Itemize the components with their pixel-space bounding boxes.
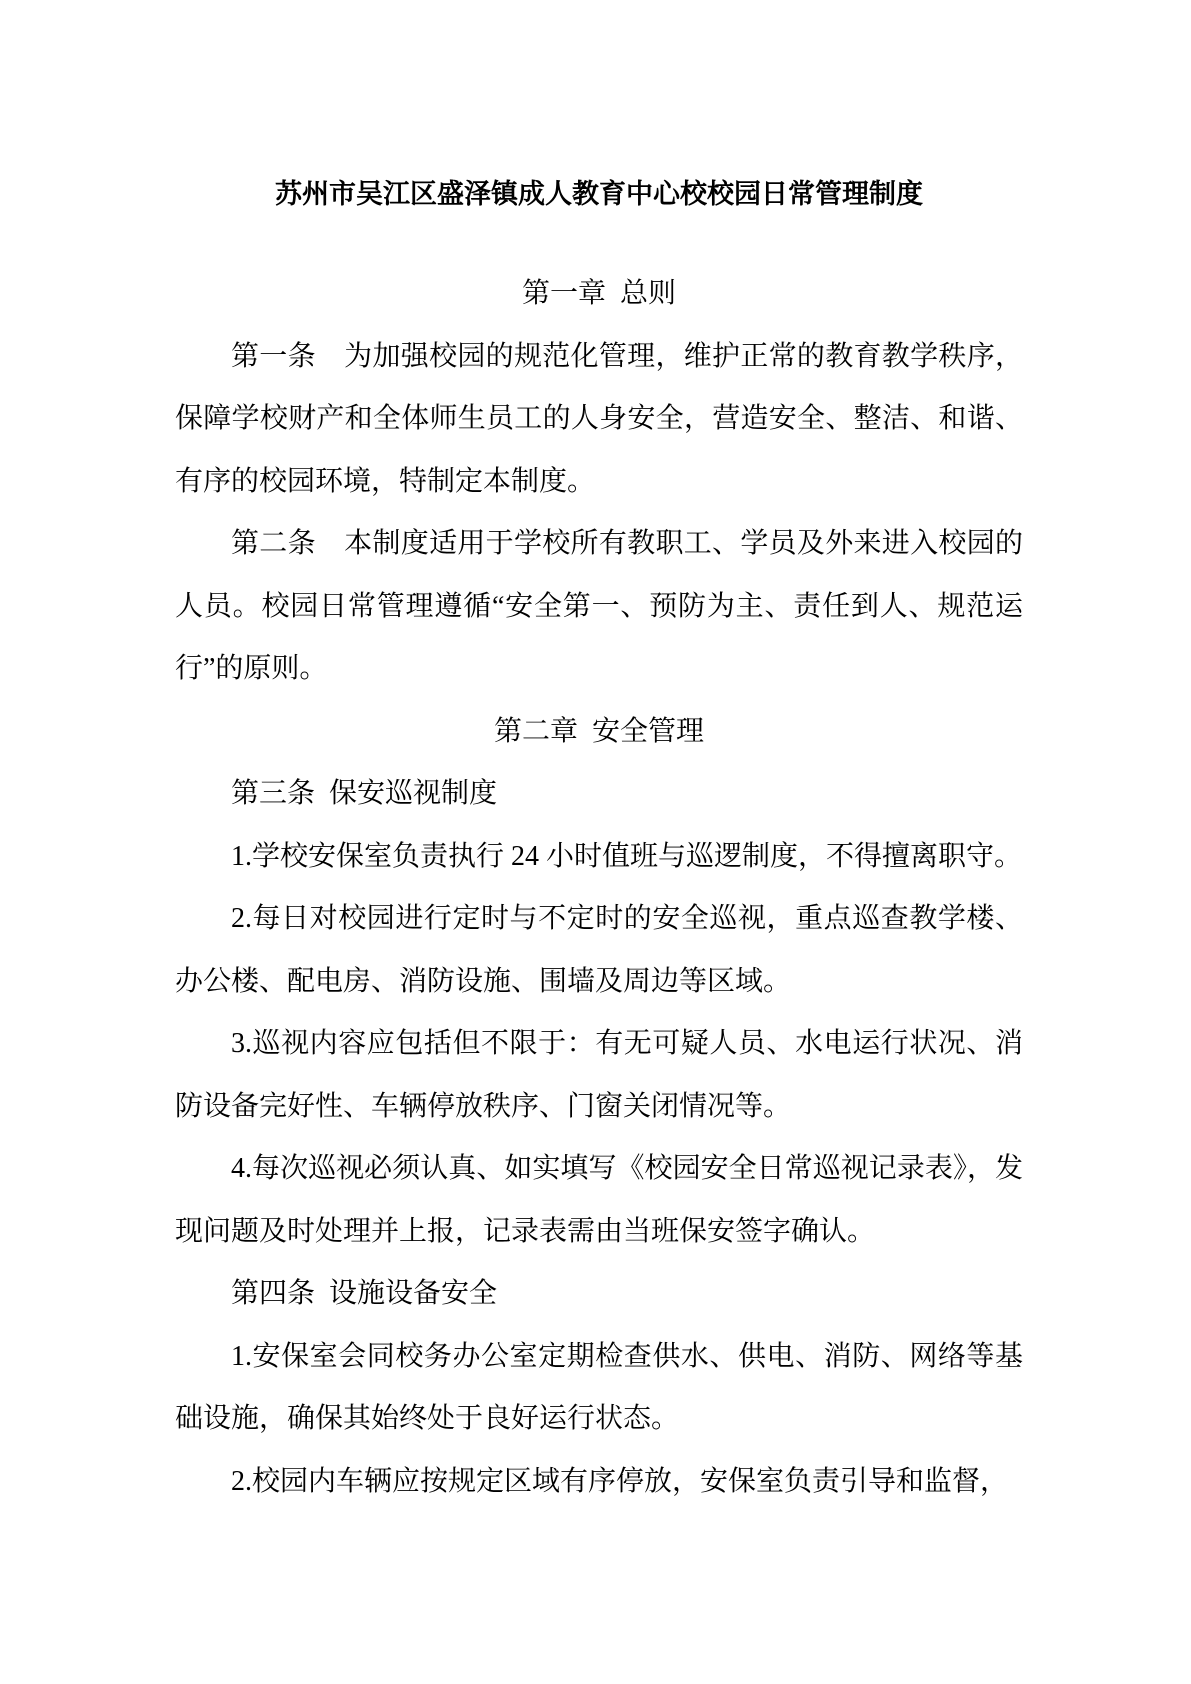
- paragraph: 第三条 保安巡视制度: [175, 763, 1023, 826]
- paragraph: 1.安保室会同校务办公室定期检查供水、供电、消防、网络等基础设施，确保其始终处于…: [175, 1326, 1023, 1451]
- paragraph: 2.校园内车辆应按规定区域有序停放，安保室负责引导和监督，: [175, 1451, 1023, 1514]
- document-title: 苏州市吴江区盛泽镇成人教育中心校校园日常管理制度: [175, 172, 1023, 216]
- paragraph: 3.巡视内容应包括但不限于：有无可疑人员、水电运行状况、消防设备完好性、车辆停放…: [175, 1013, 1023, 1138]
- chapter-heading: 第一章 总则: [175, 263, 1023, 326]
- paragraph: 第一条 为加强校园的规范化管理，维护正常的教育教学秩序，保障学校财产和全体师生员…: [175, 326, 1023, 514]
- document-page: 苏州市吴江区盛泽镇成人教育中心校校园日常管理制度 第一章 总则第一条 为加强校园…: [0, 0, 1191, 1684]
- paragraph: 1.学校安保室负责执行 24 小时值班与巡逻制度，不得擅离职守。: [175, 826, 1023, 889]
- chapter-heading: 第二章 安全管理: [175, 701, 1023, 764]
- paragraph: 4.每次巡视必须认真、如实填写《校园安全日常巡视记录表》，发现问题及时处理并上报…: [175, 1138, 1023, 1263]
- paragraph: 第四条 设施设备安全: [175, 1263, 1023, 1326]
- paragraph: 2.每日对校园进行定时与不定时的安全巡视，重点巡查教学楼、办公楼、配电房、消防设…: [175, 888, 1023, 1013]
- paragraph: 第二条 本制度适用于学校所有教职工、学员及外来进入校园的人员。校园日常管理遵循“…: [175, 513, 1023, 701]
- document-body: 第一章 总则第一条 为加强校园的规范化管理，维护正常的教育教学秩序，保障学校财产…: [175, 263, 1023, 1513]
